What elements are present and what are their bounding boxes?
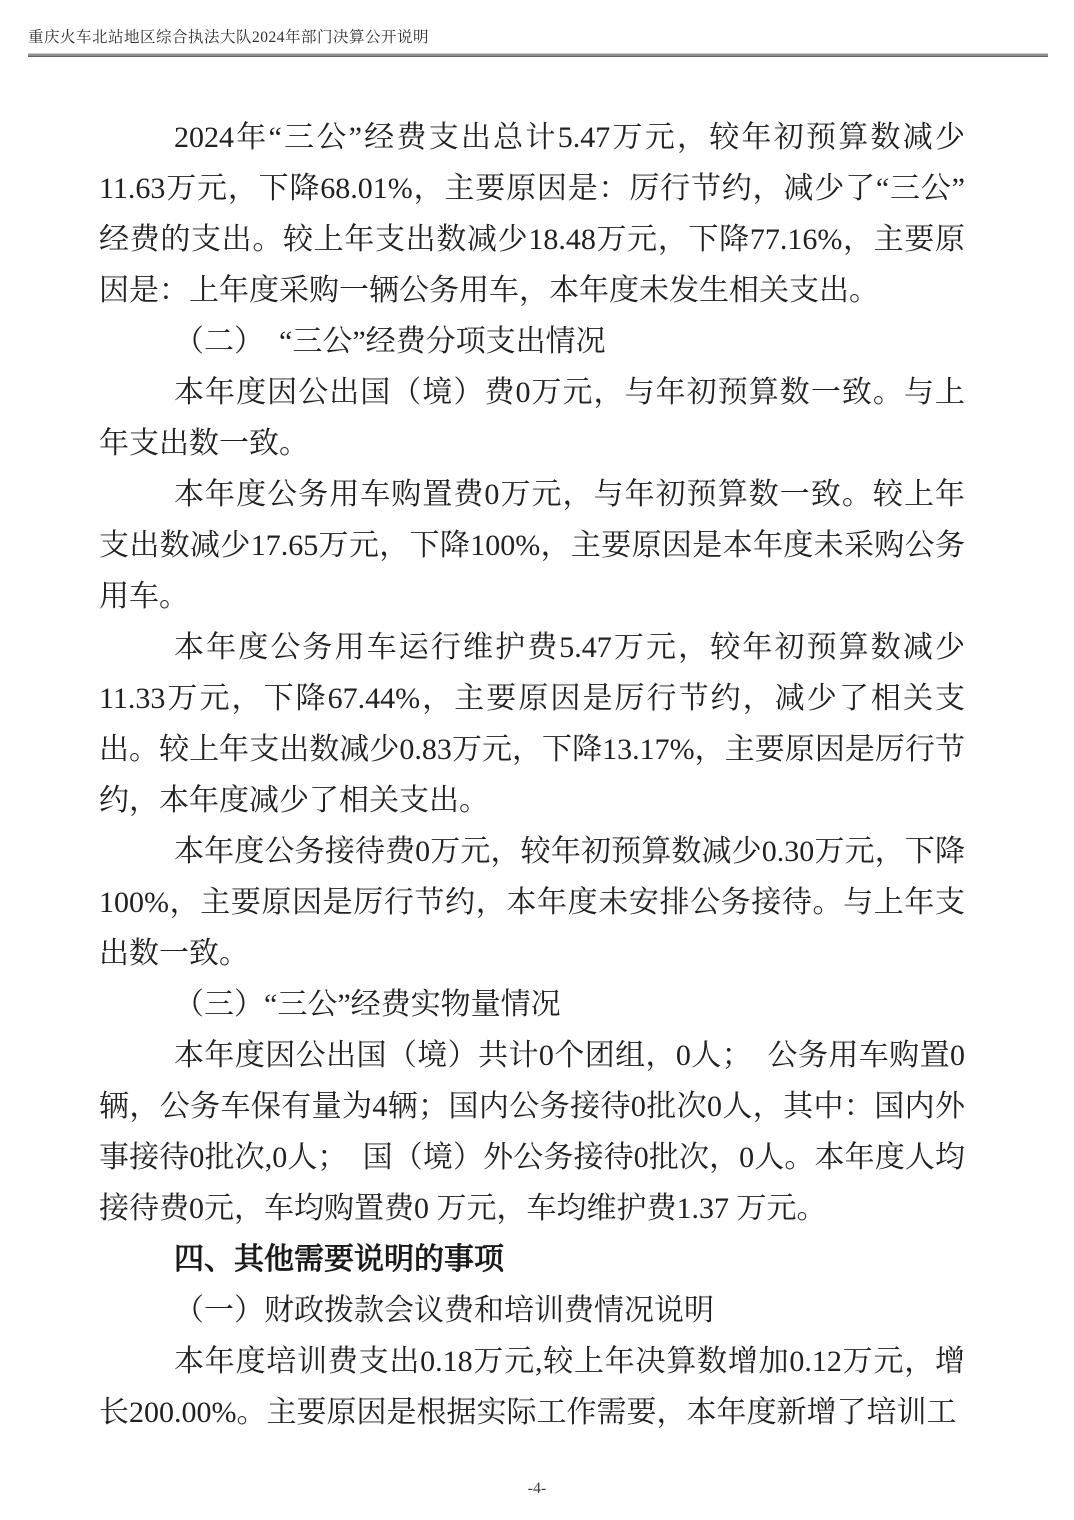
- running-header: 重庆火车北站地区综合执法大队2024年部门决算公开说明: [0, 0, 1074, 57]
- paragraph-physical-quantity-detail: 本年度因公出国（境）共计0个团组，0人； 公务用车购置0辆，公务车保有量为4辆；…: [99, 1030, 965, 1234]
- paragraph-overseas-travel: 本年度因公出国（境）费0万元，与年初预算数一致。与上年支出数一致。: [99, 367, 965, 469]
- paragraph-vehicle-maintenance: 本年度公务用车运行维护费5.47万元，较年初预算数减少11.33万元，下降67.…: [99, 622, 965, 826]
- subsection-heading-meeting-training-fees: （一）财政拨款会议费和培训费情况说明: [99, 1285, 965, 1336]
- paragraph-official-reception: 本年度公务接待费0万元，较年初预算数减少0.30万元，下降100%，主要原因是厉…: [99, 826, 965, 979]
- paragraph-three-public-total: 2024年“三公”经费支出总计5.47万元，较年初预算数减少11.63万元，下降…: [99, 112, 965, 316]
- paragraph-training-fee: 本年度培训费支出0.18万元,较上年决算数增加0.12万元，增长200.00%。…: [99, 1336, 965, 1438]
- document-page: 重庆火车北站地区综合执法大队2024年部门决算公开说明 2024年“三公”经费支…: [0, 0, 1074, 1520]
- subsection-heading-physical-quantity: （三）“三公”经费实物量情况: [99, 979, 965, 1030]
- paragraph-vehicle-purchase: 本年度公务用车购置费0万元，与年初预算数一致。较上年支出数减少17.65万元，下…: [99, 469, 965, 622]
- header-title: 重庆火车北站地区综合执法大队2024年部门决算公开说明: [28, 28, 1048, 48]
- section-heading-other-matters: 四、其他需要说明的事项: [99, 1234, 965, 1285]
- page-footer: -4-: [0, 1480, 1074, 1498]
- subsection-heading-itemized-expenditure: （二） “三公”经费分项支出情况: [99, 316, 965, 367]
- page-number: -4-: [528, 1480, 547, 1497]
- document-body: 2024年“三公”经费支出总计5.47万元，较年初预算数减少11.63万元，下降…: [0, 57, 1074, 1438]
